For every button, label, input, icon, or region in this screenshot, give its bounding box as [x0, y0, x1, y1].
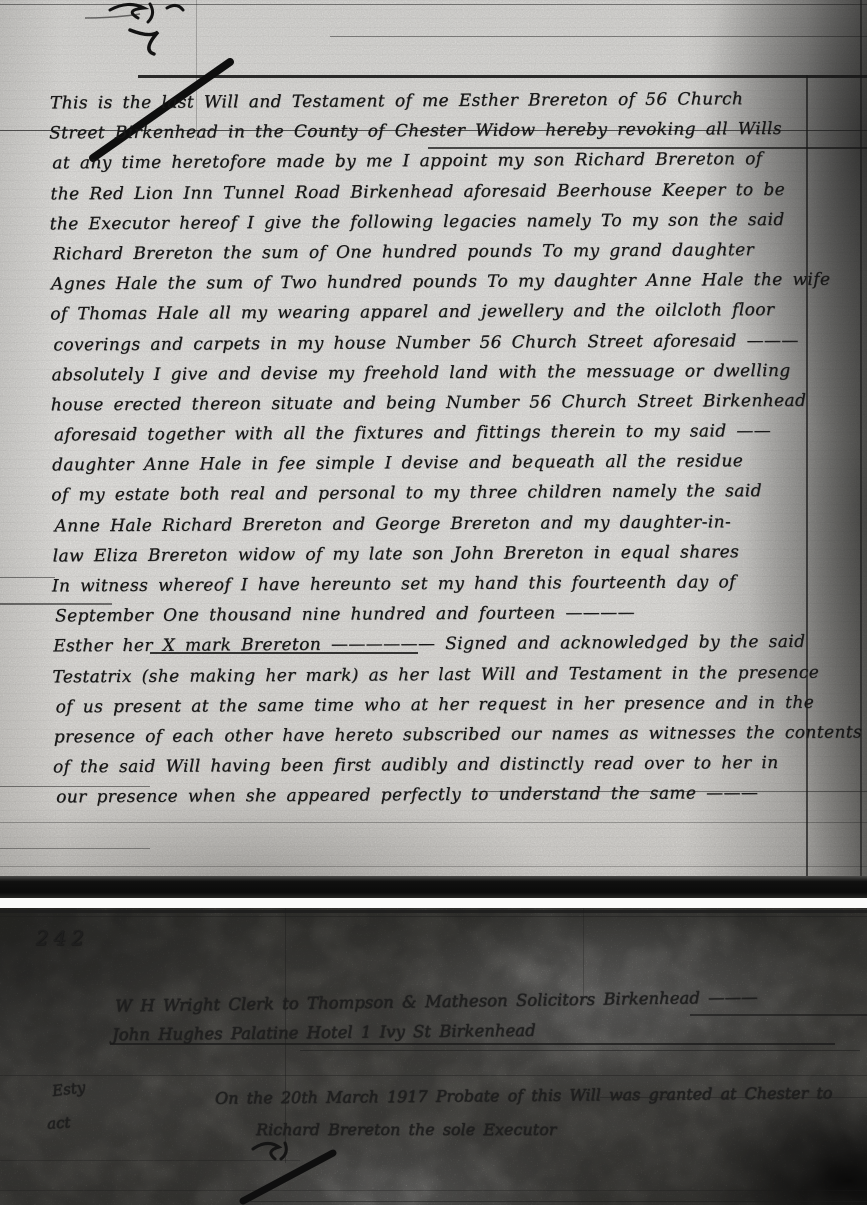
will-text-line: absolutely I give and devise my freehold… — [51, 355, 831, 390]
will-text-line: Agnes Hale the sum of Two hundred pounds… — [51, 265, 831, 300]
will-text-line: the Red Lion Inn Tunnel Road Birkenhead … — [50, 174, 830, 209]
witness-underline-2 — [300, 1050, 860, 1051]
will-text-line: Testatrix (she making her mark) as her l… — [52, 657, 833, 692]
will-text-line: coverings and carpets in my house Number… — [53, 325, 831, 360]
will-text-line: Richard Brereton the sum of One hundred … — [53, 235, 831, 270]
probate-grant-line-2: Richard Brereton the sole Executor — [256, 1120, 556, 1139]
ruled-line — [0, 848, 150, 849]
ruled-line — [250, 1201, 867, 1202]
ruled-line — [0, 1075, 867, 1076]
will-text-line: at any time heretofore made by me I appo… — [52, 144, 830, 179]
will-text-line: house erected thereon situate and being … — [51, 385, 832, 420]
will-text-line: aforesaid together with all the fixtures… — [54, 416, 832, 451]
ruled-line — [0, 916, 867, 917]
will-text-line: of Thomas Hale all my wearing apparel an… — [50, 295, 831, 330]
will-text-line: September One thousand nine hundred and … — [55, 597, 833, 632]
ruled-line-vertical — [583, 908, 584, 1003]
ruled-line — [0, 1160, 300, 1161]
will-text-line: of the said Will having been first audib… — [53, 748, 834, 783]
ruled-line — [0, 822, 867, 823]
will-text-line: In witness whereof I have hereunto set m… — [52, 567, 833, 602]
ruled-line — [690, 1014, 867, 1016]
witness-underline — [110, 1043, 835, 1045]
will-body-text: This is the last Will and Testament of m… — [50, 84, 834, 813]
will-page: This is the last Will and Testament of m… — [0, 0, 867, 878]
will-text-line: of my estate both real and personal to m… — [51, 476, 832, 511]
ruled-line-heavy — [138, 75, 867, 78]
ruled-line — [330, 36, 867, 37]
ruled-line — [0, 4, 867, 5]
will-text-line: our presence when she appeared perfectly… — [56, 778, 834, 813]
will-text-line: Esther her X mark Brereton —————— Signed… — [53, 627, 833, 662]
ruled-line — [0, 1190, 867, 1191]
page-edge-line — [860, 0, 862, 878]
scanned-will-document: This is the last Will and Testament of m… — [0, 0, 867, 1205]
page-separator-gap — [0, 898, 867, 908]
will-text-line: This is the last Will and Testament of m… — [50, 84, 830, 119]
will-text-line: the Executor hereof I give the following… — [50, 204, 831, 239]
margin-note-bottom: act — [46, 1113, 71, 1133]
page-separator-band — [0, 876, 867, 898]
will-text-line: daughter Anne Hale in fee simple I devis… — [52, 446, 832, 481]
ruled-line — [0, 910, 867, 913]
will-text-line: law Eliza Brereton widow of my late son … — [53, 536, 833, 571]
folio-number: 242 — [36, 926, 89, 950]
will-text-line: Anne Hale Richard Brereton and George Br… — [54, 506, 832, 541]
ruled-line — [0, 577, 55, 578]
will-text-line: Street Birkenhead in the County of Chest… — [49, 114, 830, 149]
will-text-line: of us present at the same time who at he… — [55, 687, 833, 722]
will-text-line: presence of each other have hereto subsc… — [54, 718, 834, 753]
ruled-line — [0, 866, 867, 867]
